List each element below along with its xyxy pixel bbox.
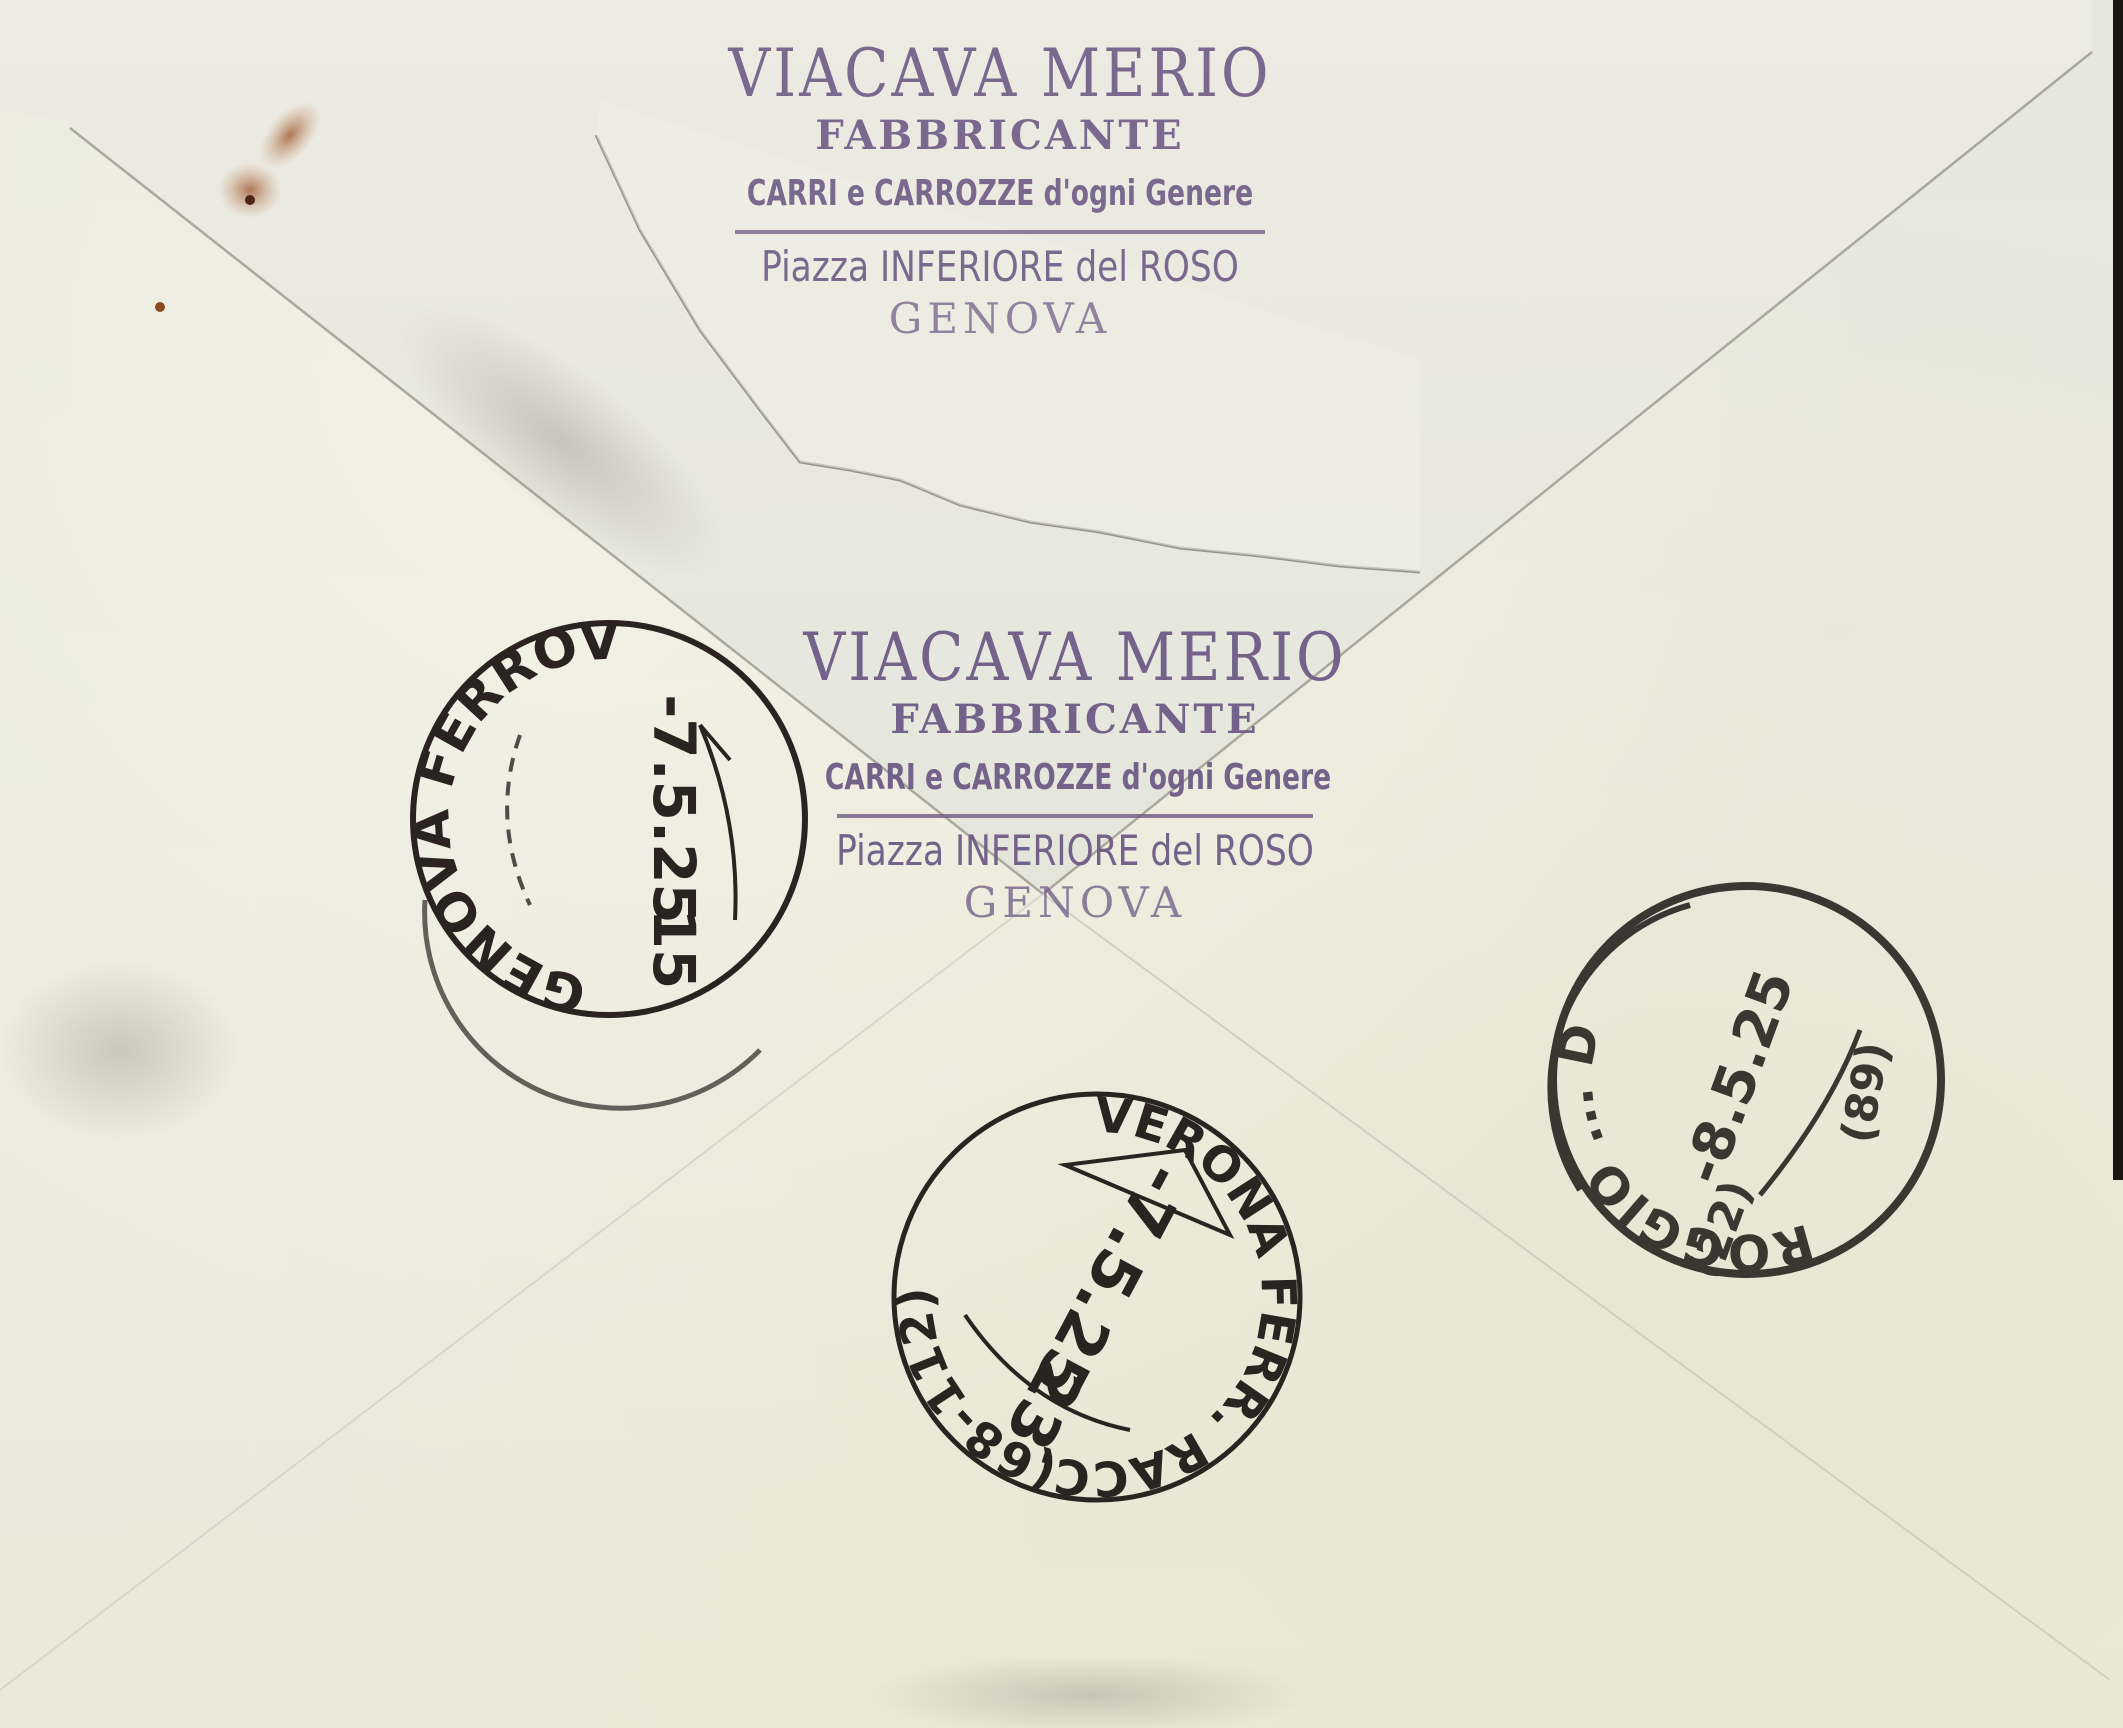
envelope-back: VIACAVA MERIO FABBRICANTE CARRI e CARROZ…: [0, 0, 2123, 1728]
postmark-third: ROGGIO ... D -8.5.25 (89) (22): [1497, 886, 1941, 1354]
postmark-time: 15: [640, 909, 708, 990]
postmark-genova: GENOVA FERROVIA -7.5.25 15: [401, 190, 1475, 1108]
svg-text:GENOVA FERROVIA: GENOVA FERROVIA: [401, 190, 1475, 1025]
postmark-verona: VERONA FERR. RACC. (68-112) -7.5.25 23: [825, 1035, 1383, 1583]
postmark-code-right: (89): [1832, 1038, 1900, 1147]
postmarks-layer: GENOVA FERROVIA -7.5.25 15 VERONA FERR. …: [0, 0, 2123, 1728]
postmark-date: -7.5.25: [640, 694, 708, 924]
postmark-ring-text: GENOVA FERROVIA: [401, 190, 1475, 1025]
